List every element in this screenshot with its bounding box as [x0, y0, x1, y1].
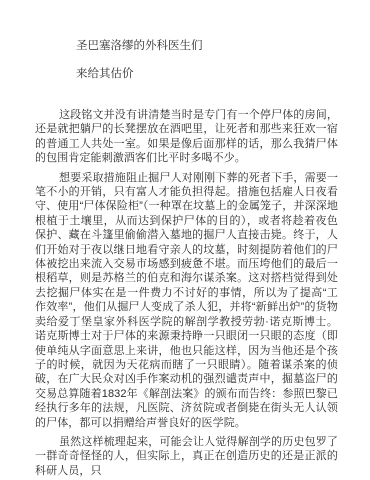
book-page: 圣巴塞洛缪的外科医生们 来给其估价 这段铭文并没有讲清楚当时是专门有一个停尸体的…	[0, 0, 370, 480]
body-text: 这段铭文并没有讲清楚当时是专门有一个停尸体的房间，还是就把躺尸的长凳摆放在酒吧里…	[35, 108, 338, 478]
paragraph-2: 想要采取措施阻止掘尸人对刚刚下葬的死者下手，需要一笔不小的开销，只有富人才能负担…	[35, 171, 338, 430]
paragraph-1: 这段铭文并没有讲清楚当时是专门有一个停尸体的房间，还是就把躺尸的长凳摆放在酒吧里…	[35, 108, 338, 166]
epigraph-line-1: 圣巴塞洛缪的外科医生们	[76, 39, 338, 53]
epigraph-line-2: 来给其估价	[76, 67, 338, 81]
paragraph-3: 虽然这样梳理起来，可能会让人觉得解剖学的历史包罗了一群奇奇怪怪的人，但实际上，真…	[35, 435, 338, 478]
epigraph: 圣巴塞洛缪的外科医生们 来给其估价	[76, 39, 338, 81]
